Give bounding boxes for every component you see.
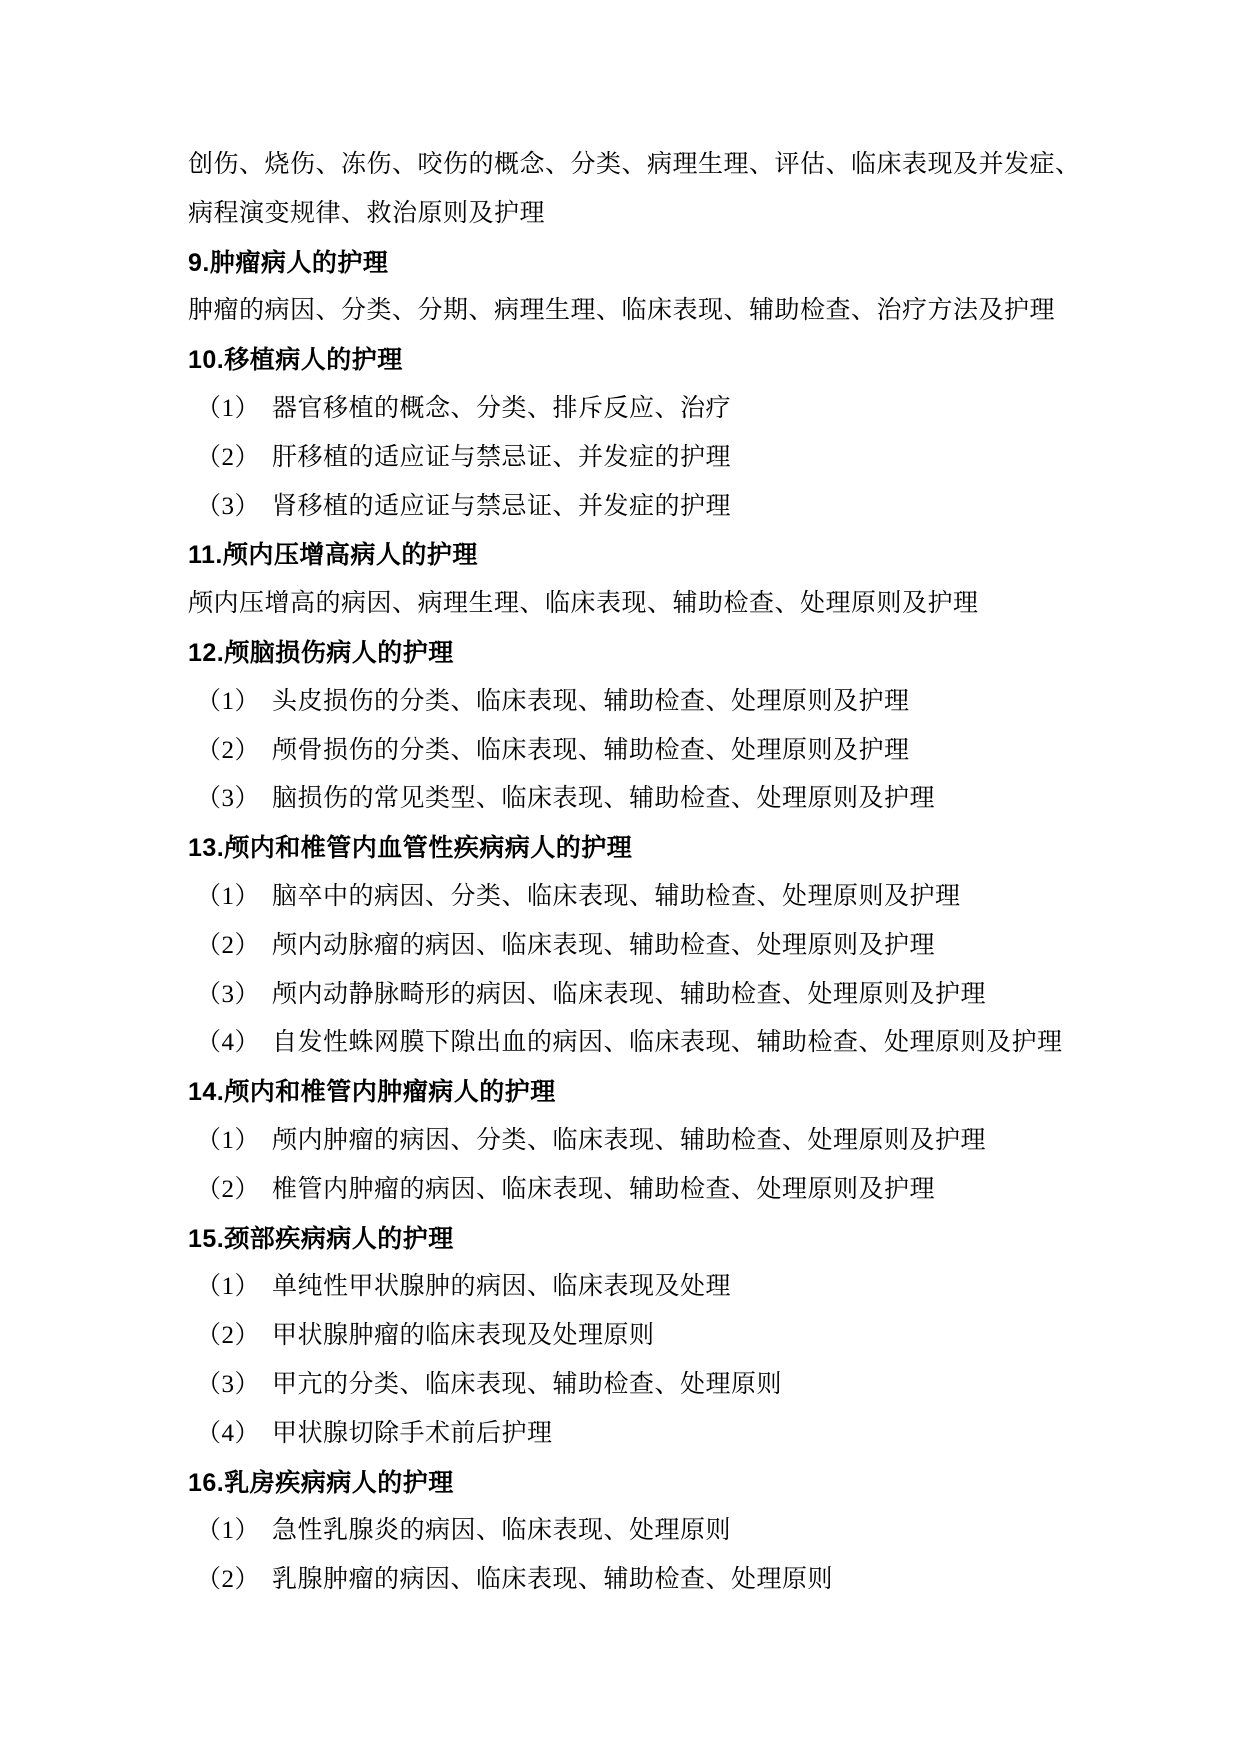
list-item: （1）头皮损伤的分类、临床表现、辅助检查、处理原则及护理 — [188, 678, 1078, 727]
list-item-number: （3） — [196, 785, 260, 812]
list-item-text: 椎管内肿瘤的病因、临床表现、辅助检查、处理原则及护理 — [272, 1176, 935, 1203]
list-item-number: （1） — [196, 1517, 260, 1544]
section-heading: 10.移植病人的护理 — [188, 336, 1078, 385]
list-item-text: 肾移植的适应证与禁忌证、并发症的护理 — [272, 493, 731, 520]
section-heading: 9.肿瘤病人的护理 — [188, 239, 1078, 288]
list-item: （2）乳腺肿瘤的病因、临床表现、辅助检查、处理原则 — [188, 1556, 1078, 1605]
list-item-number: （3） — [196, 981, 260, 1008]
list-item: （1）器官移植的概念、分类、排斥反应、治疗 — [188, 385, 1078, 434]
list-item: （3）脑损伤的常见类型、临床表现、辅助检查、处理原则及护理 — [188, 775, 1078, 824]
list-item-number: （2） — [196, 444, 260, 471]
list-item: （3）颅内动静脉畸形的病因、临床表现、辅助检查、处理原则及护理 — [188, 971, 1078, 1020]
list-item-text: 甲状腺切除手术前后护理 — [272, 1420, 553, 1447]
list-item: （2）颅骨损伤的分类、临床表现、辅助检查、处理原则及护理 — [188, 727, 1078, 776]
list-item: （3）甲亢的分类、临床表现、辅助检查、处理原则 — [188, 1361, 1078, 1410]
list-item-number: （1） — [196, 1127, 260, 1154]
list-item-number: （3） — [196, 493, 260, 520]
list-item-text: 脑损伤的常见类型、临床表现、辅助检查、处理原则及护理 — [272, 785, 935, 812]
section-heading: 16.乳房疾病病人的护理 — [188, 1459, 1078, 1508]
list-item: （2）颅内动脉瘤的病因、临床表现、辅助检查、处理原则及护理 — [188, 922, 1078, 971]
section-heading: 12.颅脑损伤病人的护理 — [188, 629, 1078, 678]
list-item-text: 颅骨损伤的分类、临床表现、辅助检查、处理原则及护理 — [272, 737, 910, 764]
paragraph-line: 肿瘤的病因、分类、分期、病理生理、临床表现、辅助检查、治疗方法及护理 — [188, 287, 1078, 336]
paragraph-line: 颅内压增高的病因、病理生理、临床表现、辅助检查、处理原则及护理 — [188, 580, 1078, 629]
paragraph-line: 病程演变规律、救治原则及护理 — [188, 190, 1078, 239]
list-item-text: 颅内动静脉畸形的病因、临床表现、辅助检查、处理原则及护理 — [272, 981, 986, 1008]
section-heading: 14.颅内和椎管内肿瘤病人的护理 — [188, 1068, 1078, 1117]
list-item: （3）肾移植的适应证与禁忌证、并发症的护理 — [188, 483, 1078, 532]
list-item: （4）自发性蛛网膜下隙出血的病因、临床表现、辅助检查、处理原则及护理 — [188, 1019, 1078, 1068]
document-content: 创伤、烧伤、冻伤、咬伤的概念、分类、病理生理、评估、临床表现及并发症、病程演变规… — [188, 141, 1078, 1605]
list-item-number: （1） — [196, 1273, 260, 1300]
list-item-text: 自发性蛛网膜下隙出血的病因、临床表现、辅助检查、处理原则及护理 — [272, 1029, 1063, 1056]
list-item-number: （2） — [196, 932, 260, 959]
list-item-text: 单纯性甲状腺肿的病因、临床表现及处理 — [272, 1273, 731, 1300]
list-item: （1）颅内肿瘤的病因、分类、临床表现、辅助检查、处理原则及护理 — [188, 1117, 1078, 1166]
list-item-text: 急性乳腺炎的病因、临床表现、处理原则 — [272, 1517, 731, 1544]
list-item-number: （4） — [196, 1029, 260, 1056]
list-item: （2）椎管内肿瘤的病因、临床表现、辅助检查、处理原则及护理 — [188, 1166, 1078, 1215]
list-item-text: 甲亢的分类、临床表现、辅助检查、处理原则 — [272, 1371, 782, 1398]
list-item-number: （2） — [196, 1322, 260, 1349]
list-item-text: 颅内动脉瘤的病因、临床表现、辅助检查、处理原则及护理 — [272, 932, 935, 959]
section-heading: 13.颅内和椎管内血管性疾病病人的护理 — [188, 824, 1078, 873]
list-item-text: 脑卒中的病因、分类、临床表现、辅助检查、处理原则及护理 — [272, 883, 961, 910]
list-item-text: 头皮损伤的分类、临床表现、辅助检查、处理原则及护理 — [272, 688, 910, 715]
list-item-number: （2） — [196, 737, 260, 764]
section-heading: 15.颈部疾病病人的护理 — [188, 1215, 1078, 1264]
list-item: （4）甲状腺切除手术前后护理 — [188, 1410, 1078, 1459]
document-page: 创伤、烧伤、冻伤、咬伤的概念、分类、病理生理、评估、临床表现及并发症、病程演变规… — [0, 0, 1240, 1754]
list-item-number: （1） — [196, 688, 260, 715]
list-item-number: （4） — [196, 1420, 260, 1447]
list-item-text: 肝移植的适应证与禁忌证、并发症的护理 — [272, 444, 731, 471]
list-item-number: （1） — [196, 395, 260, 422]
list-item: （2）甲状腺肿瘤的临床表现及处理原则 — [188, 1312, 1078, 1361]
list-item-number: （3） — [196, 1371, 260, 1398]
paragraph-line: 创伤、烧伤、冻伤、咬伤的概念、分类、病理生理、评估、临床表现及并发症、 — [188, 141, 1078, 190]
list-item-text: 乳腺肿瘤的病因、临床表现、辅助检查、处理原则 — [272, 1566, 833, 1593]
list-item: （1）单纯性甲状腺肿的病因、临床表现及处理 — [188, 1263, 1078, 1312]
list-item-number: （1） — [196, 883, 260, 910]
list-item-text: 颅内肿瘤的病因、分类、临床表现、辅助检查、处理原则及护理 — [272, 1127, 986, 1154]
list-item-text: 器官移植的概念、分类、排斥反应、治疗 — [272, 395, 731, 422]
list-item: （2）肝移植的适应证与禁忌证、并发症的护理 — [188, 434, 1078, 483]
list-item-text: 甲状腺肿瘤的临床表现及处理原则 — [272, 1322, 655, 1349]
list-item-number: （2） — [196, 1566, 260, 1593]
section-heading: 11.颅内压增高病人的护理 — [188, 531, 1078, 580]
list-item: （1）脑卒中的病因、分类、临床表现、辅助检查、处理原则及护理 — [188, 873, 1078, 922]
list-item-number: （2） — [196, 1176, 260, 1203]
list-item: （1）急性乳腺炎的病因、临床表现、处理原则 — [188, 1507, 1078, 1556]
